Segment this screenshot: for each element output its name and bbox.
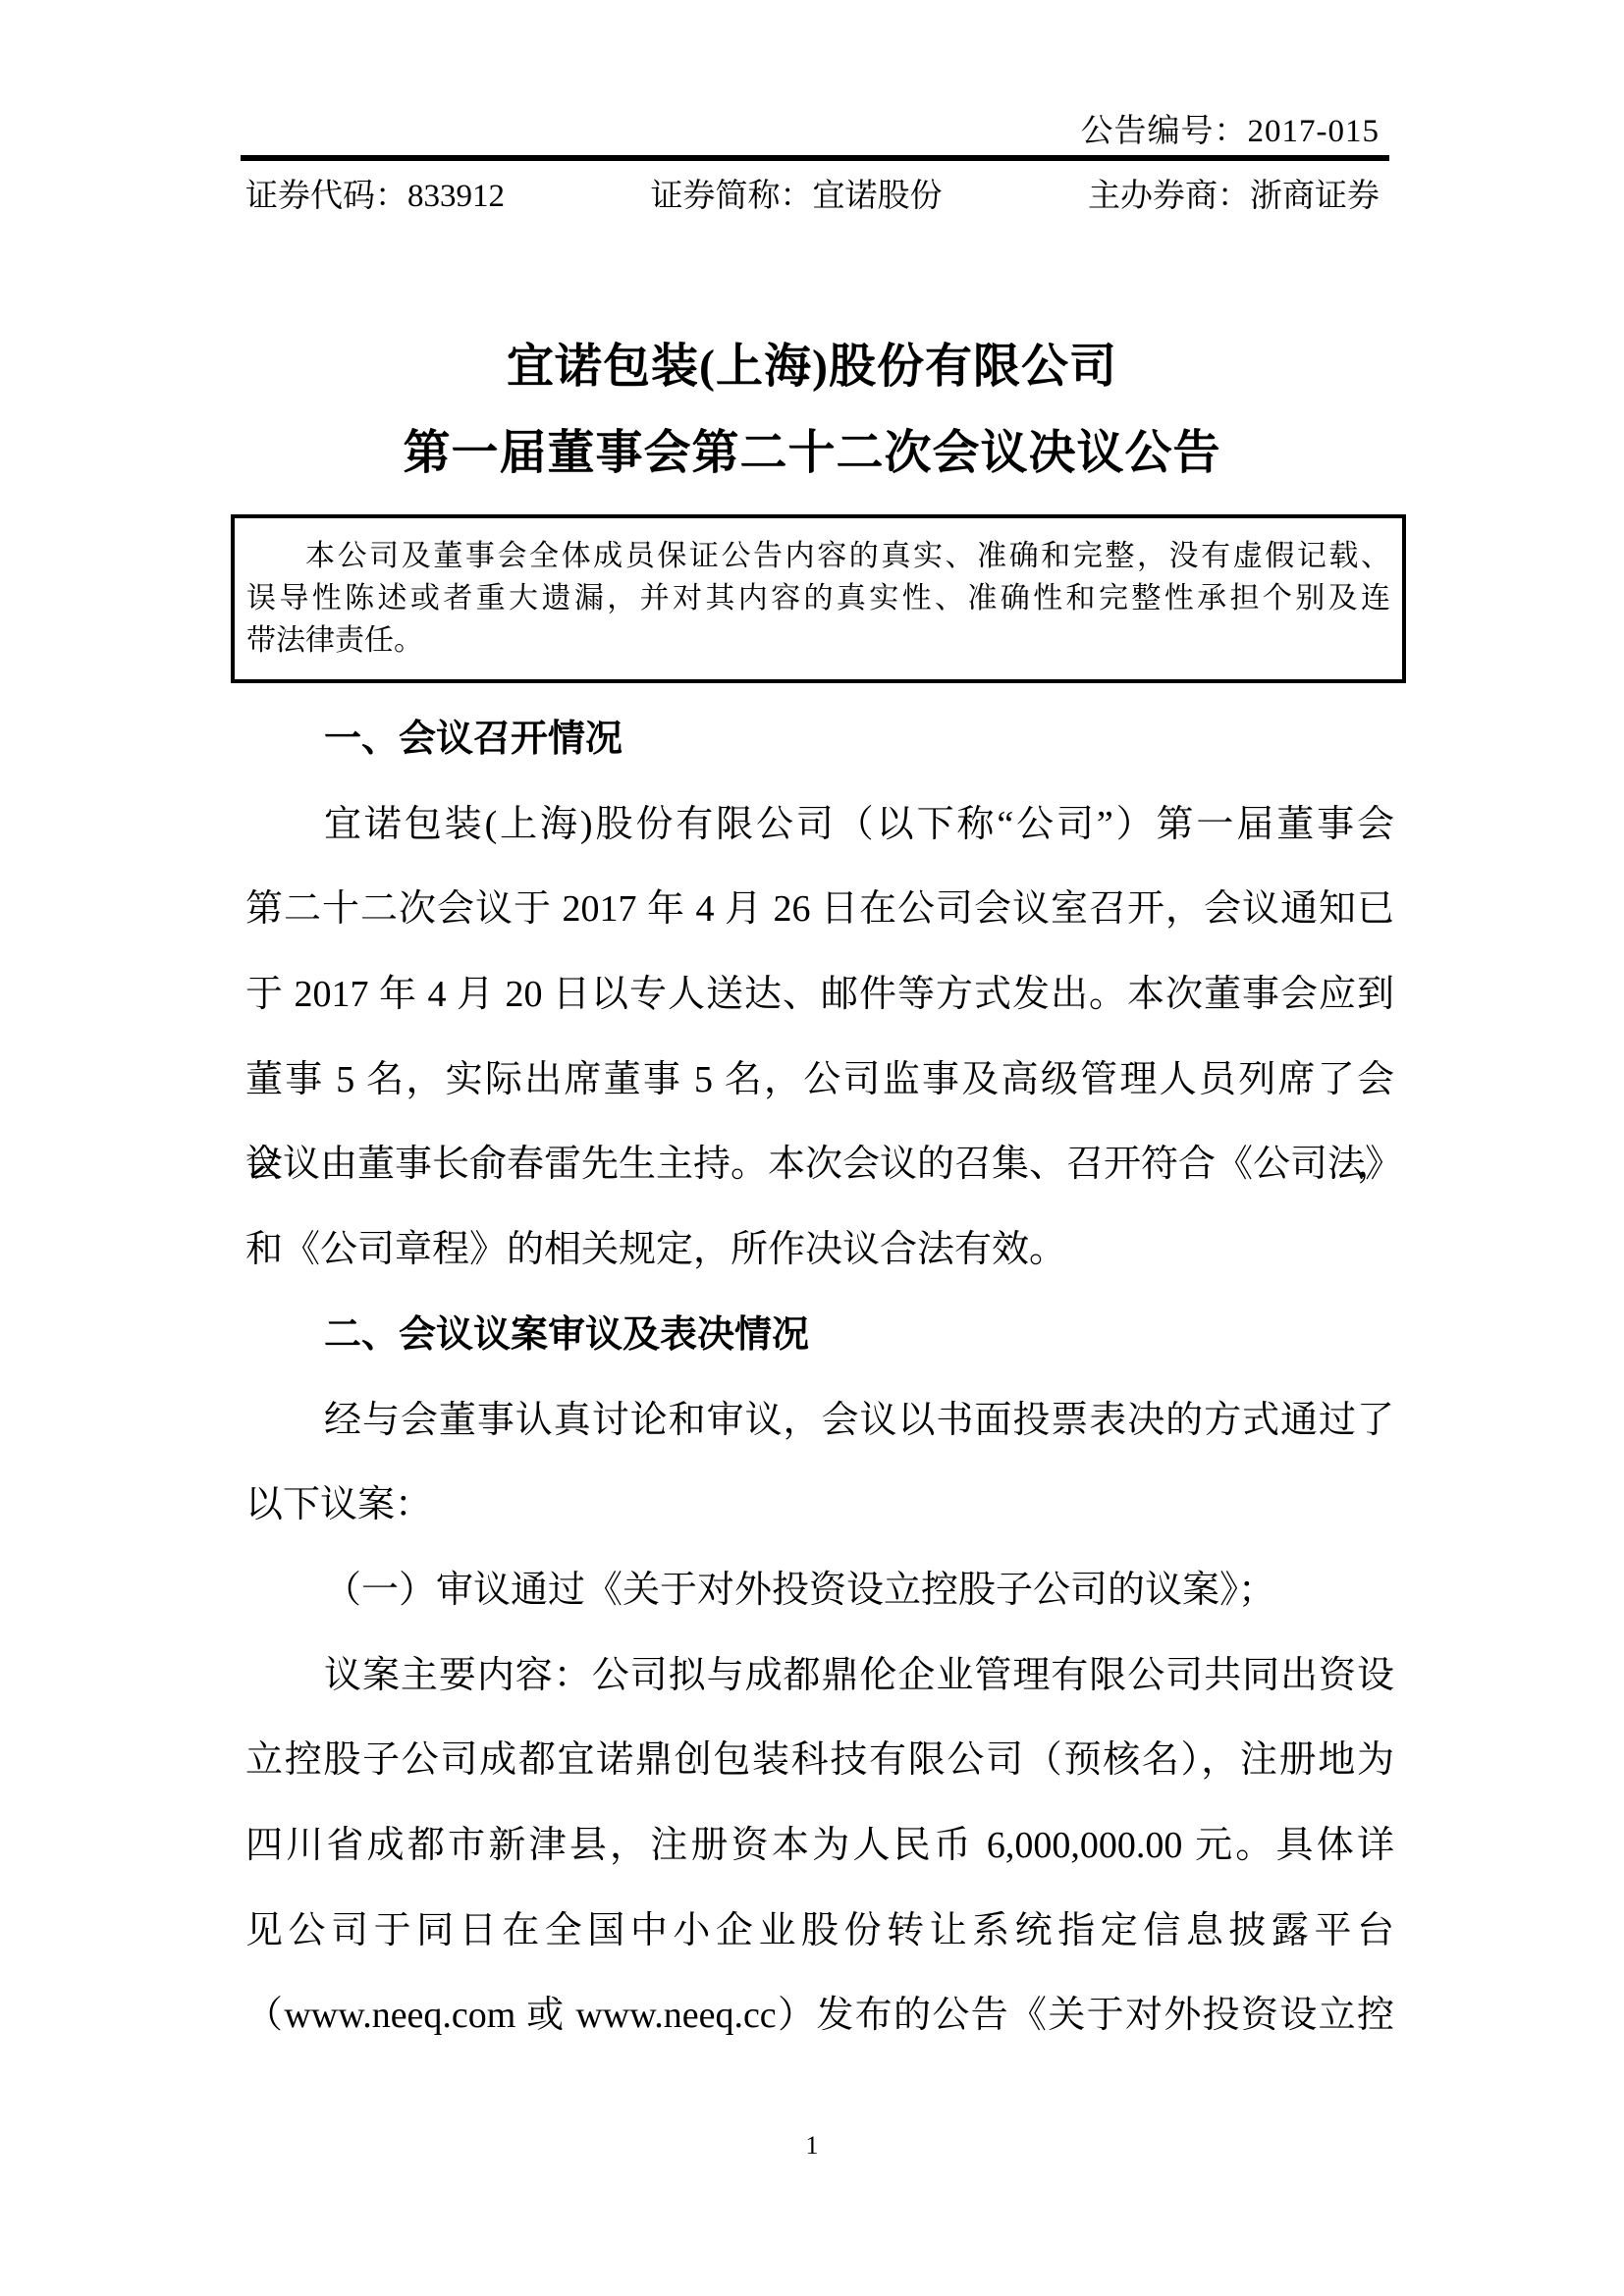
document-body: 一、会议召开情况宜诺包装(上海)股份有限公司（以下称“公司”）第一届董事会第二十… [245, 697, 1394, 2058]
section-heading: 二、会议议案审议及表决情况 [245, 1293, 1394, 1378]
body-line: （一）审议通过《关于对外投资设立控股子公司的议案》； [245, 1548, 1394, 1633]
securities-info-bar: 证券代码：833912 证券简称：宜诺股份 主办券商：浙商证券 [245, 175, 1380, 218]
body-line: （www.neeq.com 或 www.neeq.cc）发布的公告《关于对外投资… [245, 1973, 1394, 2058]
header-divider-line [241, 155, 1389, 161]
body-line: 董事 5 名，实际出席董事 5 名，公司监事及高级管理人员列席了会议， [245, 1038, 1394, 1123]
disclaimer-line: 带法律责任。 [246, 619, 1390, 662]
body-line: 第二十二次会议于 2017 年 4 月 26 日在公司会议室召开，会议通知已 [245, 867, 1394, 952]
body-line: 议案主要内容：公司拟与成都鼎伦企业管理有限公司共同出资设 [245, 1633, 1394, 1719]
document-page: 公告编号：2017-015 证券代码：833912 证券简称：宜诺股份 主办券商… [0, 0, 1624, 2296]
sponsor-text: 主办券商：浙商证券 [1088, 175, 1380, 218]
body-line: 见公司于同日在全国中小企业股份转让系统指定信息披露平台 [245, 1889, 1394, 1974]
disclaimer-line: 本公司及董事会全体成员保证公告内容的真实、准确和完整，没有虚假记载、 [246, 535, 1390, 577]
resolution-title: 第一届董事会第二十二次会议决议公告 [0, 426, 1624, 481]
announcement-number: 公告编号：2017-015 [245, 110, 1380, 153]
company-name-title: 宜诺包装(上海)股份有限公司 [0, 340, 1624, 395]
disclaimer-box: 本公司及董事会全体成员保证公告内容的真实、准确和完整，没有虚假记载、误导性陈述或… [231, 514, 1406, 683]
body-line: 于 2017 年 4 月 20 日以专人送达、邮件等方式发出。本次董事会应到 [245, 952, 1394, 1038]
section-heading: 一、会议召开情况 [245, 697, 1394, 782]
body-line: 立控股子公司成都宜诺鼎创包装科技有限公司（预核名），注册地为 [245, 1718, 1394, 1803]
body-line: 会议由董事长俞春雷先生主持。本次会议的召集、召开符合《公司法》 [245, 1122, 1394, 1207]
body-line: 和《公司章程》的相关规定，所作决议合法有效。 [245, 1207, 1394, 1293]
stock-short-name-text: 证券简称：宜诺股份 [651, 175, 943, 218]
body-line: 四川省成都市新津县，注册资本为人民币 6,000,000.00 元。具体详 [245, 1803, 1394, 1889]
body-line: 宜诺包装(上海)股份有限公司（以下称“公司”）第一届董事会 [245, 782, 1394, 868]
disclaimer-line: 误导性陈述或者重大遗漏，并对其内容的真实性、准确性和完整性承担个别及连 [246, 577, 1390, 619]
body-line: 经与会董事认真讨论和审议，会议以书面投票表决的方式通过了 [245, 1378, 1394, 1464]
page-number: 1 [0, 2130, 1624, 2162]
stock-code-text: 证券代码：833912 [245, 175, 505, 218]
body-line: 以下议案： [245, 1463, 1394, 1548]
